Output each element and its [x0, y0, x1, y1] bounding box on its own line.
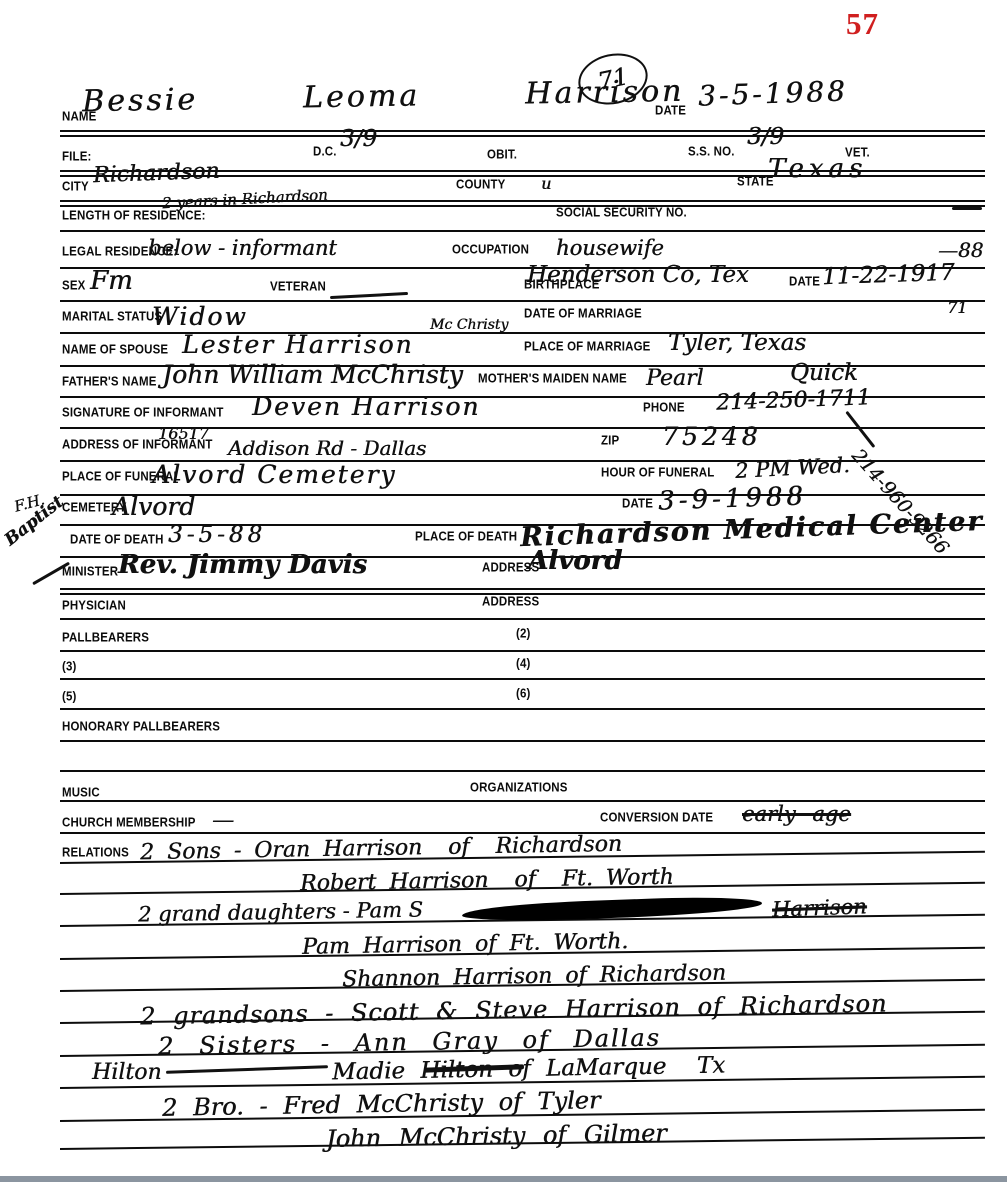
place-of-marriage-label: PLACE OF MARRIAGE — [524, 341, 651, 354]
date-value: 3-5-1988 — [698, 77, 849, 110]
sex-value: Fm — [90, 268, 133, 294]
relations-line-5: Shannon Harrison of Richardson — [342, 963, 726, 992]
occupation-value: housewife — [556, 238, 664, 259]
diagonal-phone-note: 214-960-9266 — [848, 446, 952, 558]
relations-line-7: 2 Sisters - Ann Gray of Dallas — [158, 1026, 661, 1059]
place-of-death-label: PLACE OF DEATH — [415, 531, 517, 544]
zip-label: ZIP — [601, 435, 619, 448]
music-label: MUSIC — [62, 787, 100, 800]
minister-label: MINISTER — [62, 566, 118, 579]
ruled-line — [60, 678, 985, 680]
church-membership-label: CHURCH MEMBERSHIP — [62, 817, 196, 830]
church-membership-value: — — [212, 810, 234, 832]
mothers-maiden-name-value: Quick — [790, 362, 858, 385]
fathers-name-value: John William McChristy — [162, 362, 463, 387]
minister-value: Rev. Jimmy Davis — [118, 552, 367, 578]
conversion-date-value-crossed-out: early age — [742, 804, 851, 825]
place-of-death-value: Richardson Medical Center — [520, 508, 984, 551]
honorary-pallbearers-label: HONORARY PALLBEARERS — [62, 721, 220, 734]
relations-line-3-suffix: Harrison — [772, 896, 867, 920]
ruled-line — [60, 230, 985, 232]
marital-status-value: Widow — [152, 304, 248, 329]
physician-address-label: ADDRESS — [482, 596, 539, 609]
cemetery-date-label: DATE — [622, 498, 653, 511]
file-label: FILE: — [62, 151, 92, 164]
ssno-label: S.S. NO. — [688, 146, 735, 159]
relations-line-1: 2 Sons - Oran Harrison of Richardson — [140, 834, 622, 864]
veteran-label: VETERAN — [270, 281, 326, 294]
hour-of-funeral-value: 2 PM Wed. — [735, 455, 851, 482]
birthdate-label: DATE — [789, 276, 820, 289]
state-value: Texas — [768, 156, 867, 182]
pallbearer-4-label: (4) — [516, 658, 531, 671]
scanned-funeral-record-page: { "page": { "red_number": "57" }, "heade… — [0, 0, 1007, 1185]
handwritten-dash — [952, 207, 982, 210]
informant-address-value: Addison Rd - Dallas — [228, 438, 426, 458]
margin-88-note: —88 — [938, 240, 983, 260]
cemetery-date-value: 3-9-1988 — [658, 483, 808, 514]
ruled-line — [60, 708, 985, 710]
pallbearer-3-label: (3) — [62, 661, 77, 674]
sex-label: SEX — [62, 280, 85, 293]
physician-label: PHYSICIAN — [62, 600, 126, 613]
dc-label: D.C. — [313, 146, 337, 159]
organizations-label: ORGANIZATIONS — [470, 782, 568, 795]
length-of-residence-label: LENGTH OF RESIDENCE: — [62, 210, 206, 223]
date-of-death-label: DATE OF DEATH — [70, 534, 164, 547]
veteran-dash — [330, 292, 408, 299]
county-label: COUNTY — [456, 179, 505, 192]
date-of-death-value: 3-5-88 — [168, 524, 266, 547]
informant-address-number: 16517 — [158, 426, 209, 442]
mothers-maiden-name-label: MOTHER'S MAIDEN NAME — [478, 373, 627, 386]
ruled-line — [60, 770, 985, 772]
city-label: CITY — [62, 181, 89, 194]
age-71-note: 71 — [947, 300, 967, 316]
legal-residence-value: below - informant — [148, 238, 337, 259]
social-security-label: SOCIAL SECURITY NO. — [556, 207, 687, 220]
place-of-marriage-value: Tyler, Texas — [668, 332, 806, 355]
relations-line-10: John McChristy of Gilmer — [326, 1121, 667, 1151]
pallbearer-2-label: (2) — [516, 628, 531, 641]
zip-value: 75248 — [662, 424, 762, 449]
mothers-first-name-value: Pearl — [646, 368, 704, 390]
spouse-insert-note: Mc Christy — [430, 318, 508, 332]
fathers-name-label: FATHER'S NAME — [62, 376, 157, 389]
birthplace-value: Henderson Co, Tex — [527, 264, 749, 287]
dc-value: 3/9 — [340, 128, 377, 151]
city-value: Richardson — [93, 161, 220, 187]
occupation-label: OCCUPATION — [452, 244, 529, 257]
phone-label: PHONE — [643, 402, 685, 415]
place-of-funeral-value: Alvord Cemetery — [152, 462, 396, 487]
date-of-marriage-label: DATE OF MARRIAGE — [524, 308, 642, 321]
marital-status-label: MARITAL STATUS — [62, 311, 162, 324]
obit-label: OBIT. — [487, 149, 517, 162]
pallbearers-label: PALLBEARERS — [62, 632, 149, 645]
relations-line-9: 2 Bro. - Fred McChristy of Tyler — [162, 1088, 601, 1120]
conversion-date-label: CONVERSION DATE — [600, 812, 713, 825]
county-value: u — [541, 176, 551, 192]
minister-address-value: Alvord — [528, 548, 622, 574]
pallbearer-5-label: (5) — [62, 691, 77, 704]
ruled-line — [60, 130, 985, 132]
relations-label: RELATIONS — [62, 847, 129, 860]
scan-edge-strip — [0, 1176, 1007, 1182]
relations-line-8-left: Hilton — [92, 1062, 162, 1084]
ruled-line — [60, 740, 985, 742]
relations-line-2: Robert Harrison of Ft. Worth — [300, 867, 674, 896]
relations-line-6: 2 grandsons - Scott & Steve Harrison of … — [140, 991, 888, 1028]
connector-stroke — [166, 1065, 328, 1073]
ruled-line — [60, 588, 985, 590]
residence-note: 2 years in Richardson — [162, 188, 328, 212]
spouse-value: Lester Harrison — [182, 332, 414, 357]
cemetery-value: Alvord — [112, 494, 195, 519]
ruled-line — [60, 618, 985, 620]
spouse-label: NAME OF SPOUSE — [62, 344, 168, 357]
informant-signature-label: SIGNATURE OF INFORMANT — [62, 407, 224, 420]
page-number-red: 57 — [846, 6, 879, 42]
birthdate-value: 11-22-1917 — [822, 262, 955, 290]
hour-of-funeral-label: HOUR OF FUNERAL — [601, 467, 714, 480]
ssno-value: 3/9 — [747, 126, 784, 149]
informant-signature-value: Deven Harrison — [252, 394, 480, 419]
ruled-line — [60, 494, 985, 496]
name-value: Bessie Leoma Harrison — [82, 77, 685, 118]
ruled-line — [60, 650, 985, 652]
relations-line-4: Pam Harrison of Ft. Worth. — [302, 931, 629, 959]
pallbearer-6-label: (6) — [516, 688, 531, 701]
relations-line-3-prefix: 2 grand daughters - Pam S — [138, 900, 423, 926]
